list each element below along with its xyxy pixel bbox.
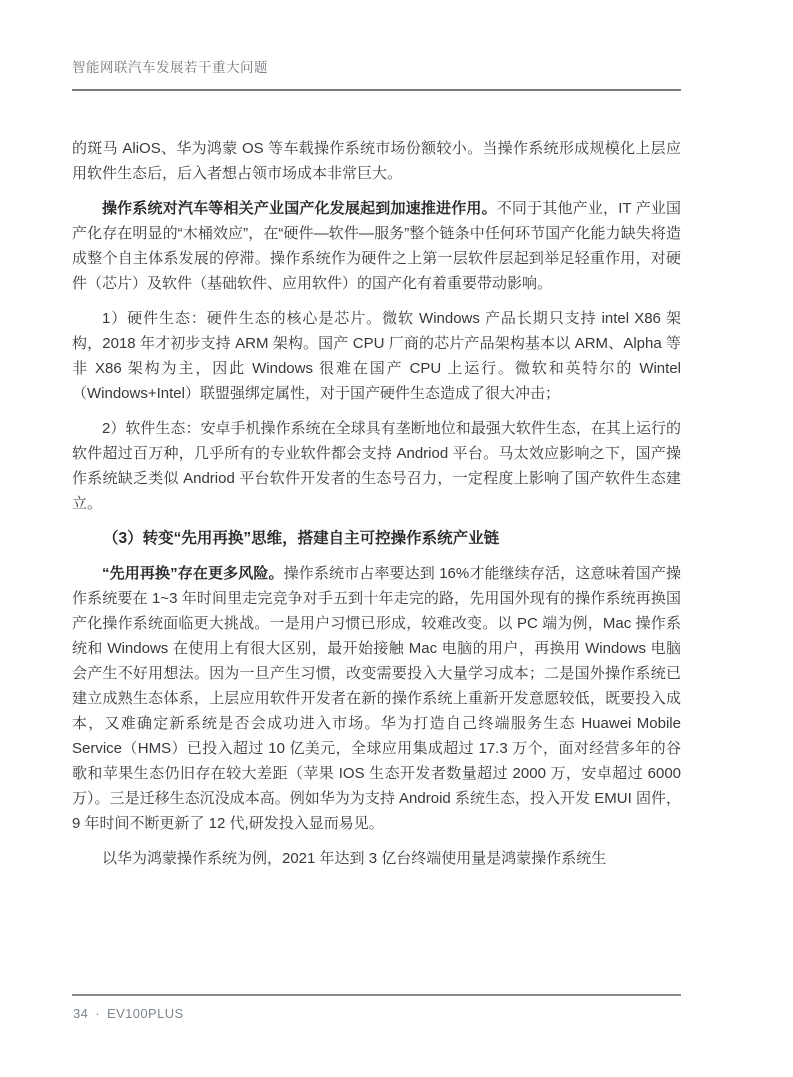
paragraph-text: 的斑马 AliOS、华为鸿蒙 OS 等车载操作系统市场份额较小。当操作系统形成规… bbox=[72, 140, 681, 182]
body-paragraph: 以华为鸿蒙操作系统为例，2021 年达到 3 亿台终端使用量是鸿蒙操作系统生 bbox=[72, 846, 681, 871]
body-paragraph: 1）硬件生态：硬件生态的核心是芯片。微软 Windows 产品长期只支持 int… bbox=[72, 306, 681, 406]
body-paragraph: 2）软件生态：安卓手机操作系统在全球具有垄断地位和最强大软件生态，在其上运行的软… bbox=[72, 416, 681, 516]
body-paragraph: 的斑马 AliOS、华为鸿蒙 OS 等车载操作系统市场份额较小。当操作系统形成规… bbox=[72, 136, 681, 186]
document-page: 智能网联汽车发展若干重大问题 的斑马 AliOS、华为鸿蒙 OS 等车载操作系统… bbox=[0, 0, 793, 1077]
paragraph-text: 1）硬件生态：硬件生态的核心是芯片。微软 Windows 产品长期只支持 int… bbox=[72, 310, 681, 402]
page-number: 34 bbox=[73, 1006, 88, 1021]
paragraph-text: 操作系统市占率要达到 16%才能继续存活，这意味着国产操作系统要在 1~3 年时… bbox=[72, 565, 681, 832]
footer-brand: EV100PLUS bbox=[107, 1006, 184, 1021]
running-footer: 34·EV100PLUS bbox=[73, 1006, 184, 1021]
body-paragraph: “先用再换”存在更多风险。操作系统市占率要达到 16%才能继续存活，这意味着国产… bbox=[72, 561, 681, 836]
section-heading: （3）转变“先用再换”思维，搭建自主可控操作系统产业链 bbox=[72, 526, 681, 551]
page-body: 的斑马 AliOS、华为鸿蒙 OS 等车载操作系统市场份额较小。当操作系统形成规… bbox=[72, 136, 681, 881]
footer-divider bbox=[72, 994, 681, 996]
paragraph-lead: 操作系统对汽车等相关产业国产化发展起到加速推进作用。 bbox=[102, 200, 497, 217]
body-paragraph: 操作系统对汽车等相关产业国产化发展起到加速推进作用。不同于其他产业，IT 产业国… bbox=[72, 196, 681, 296]
footer-separator: · bbox=[95, 1006, 100, 1021]
paragraph-text: 以华为鸿蒙操作系统为例，2021 年达到 3 亿台终端使用量是鸿蒙操作系统生 bbox=[102, 850, 606, 867]
paragraph-lead: “先用再换”存在更多风险。 bbox=[102, 565, 284, 582]
running-header-title: 智能网联汽车发展若干重大问题 bbox=[72, 56, 268, 76]
heading-text: （3）转变“先用再换”思维，搭建自主可控操作系统产业链 bbox=[103, 530, 499, 547]
paragraph-text: 2）软件生态：安卓手机操作系统在全球具有垄断地位和最强大软件生态，在其上运行的软… bbox=[72, 420, 681, 512]
header-divider bbox=[72, 89, 681, 91]
